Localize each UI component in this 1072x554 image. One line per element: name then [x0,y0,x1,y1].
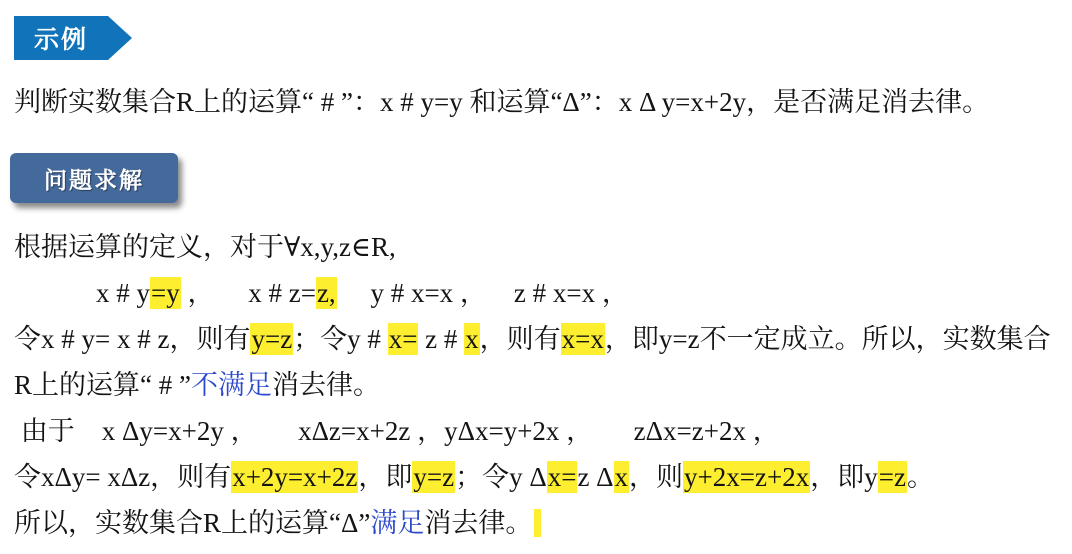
highlighted-text: x+2y=x+2z [231,461,358,493]
text-segment: ；令y # [293,324,388,354]
text-segment: ，则 [629,462,683,492]
highlighted-text: =z [878,461,907,493]
highlighted-text: x= [547,461,578,493]
solution-line: 令xΔy= xΔz，则有x+2y=x+2z，即y=z；令y Δx=z Δx，则y… [14,454,1064,500]
yellow-cursor-mark [534,509,541,537]
text-segment: ，即 [358,462,412,492]
text-segment: 令xΔy= xΔz，则有 [14,462,231,492]
text-segment: y # x=x ， z # x=x ， [337,278,629,308]
highlighted-text: y=z [250,323,293,355]
solution-line: 所以，实数集合R上的运算“Δ”满足消去律。 [14,500,1064,546]
text-segment: 根据运算的定义，对于∀x,y,z∈R, [14,232,396,262]
problem-statement: 判断实数集合R上的运算“ # ”：x # y=y 和运算“Δ”：x Δ y=x+… [14,84,1064,120]
text-segment: ，即y=z不一定成立。所以，实数集合 [605,324,1051,354]
text-segment: ；令y Δ [455,462,547,492]
text-segment: z # [418,324,464,354]
text-segment: ，则有 [480,324,561,354]
solution-line: 根据运算的定义，对于∀x,y,z∈R, [14,224,1064,270]
text-segment: R上的运算“ # ” [14,370,191,400]
text-segment: ，即y [810,462,878,492]
text-segment: 。 [505,508,532,538]
highlighted-text: z, [316,277,337,309]
emphasis-text: 不满足 [191,370,272,400]
example-banner: 示例 [14,16,132,60]
text-segment: z Δ [577,462,613,492]
highlighted-text: y+2x=z+2x [683,461,810,493]
problem-solving-banner-label: 问题求解 [44,162,144,195]
slide: 示例 判断实数集合R上的运算“ # ”：x # y=y 和运算“Δ”：x Δ y… [0,0,1072,554]
solution-line: 由于 x Δy=x+2y ， xΔz=x+2z ，yΔx=y+2x ， zΔx=… [14,408,1064,454]
text-segment: 令x # y= x # z，则有 [14,324,250,354]
text-segment: 。 [907,462,934,492]
highlighted-text: y=z [412,461,455,493]
solution-line: R上的运算“ # ”不满足消去律。 [14,362,1064,408]
text-segment: ， x # z= [181,278,316,308]
text-segment: x # y [96,278,150,308]
highlighted-text: x= [388,323,419,355]
solution-line: 令x # y= x # z，则有y=z；令y # x= z # x，则有x=x，… [14,316,1064,362]
highlighted-text: x [464,323,480,355]
emphasis-text: 满足 [370,508,424,538]
highlighted-text: =y [150,277,181,309]
text-segment: 由于 x Δy=x+2y ， xΔz=x+2z ，yΔx=y+2x ， zΔx=… [14,416,780,446]
solution-line: x # y=y ， x # z=z, y # x=x ， z # x=x ， [14,270,1064,316]
example-banner-label: 示例 [34,20,88,56]
problem-solving-banner: 问题求解 [10,153,178,203]
text-segment: 所以，实数集合R上的运算“Δ” [14,508,370,538]
highlighted-text: x [614,461,630,493]
text-segment: 消去律。 [272,370,380,400]
solution-lines: 根据运算的定义，对于∀x,y,z∈R,x # y=y ， x # z=z, y … [14,224,1064,546]
highlighted-text: x=x [561,323,605,355]
text-segment: 消去律 [424,508,505,538]
